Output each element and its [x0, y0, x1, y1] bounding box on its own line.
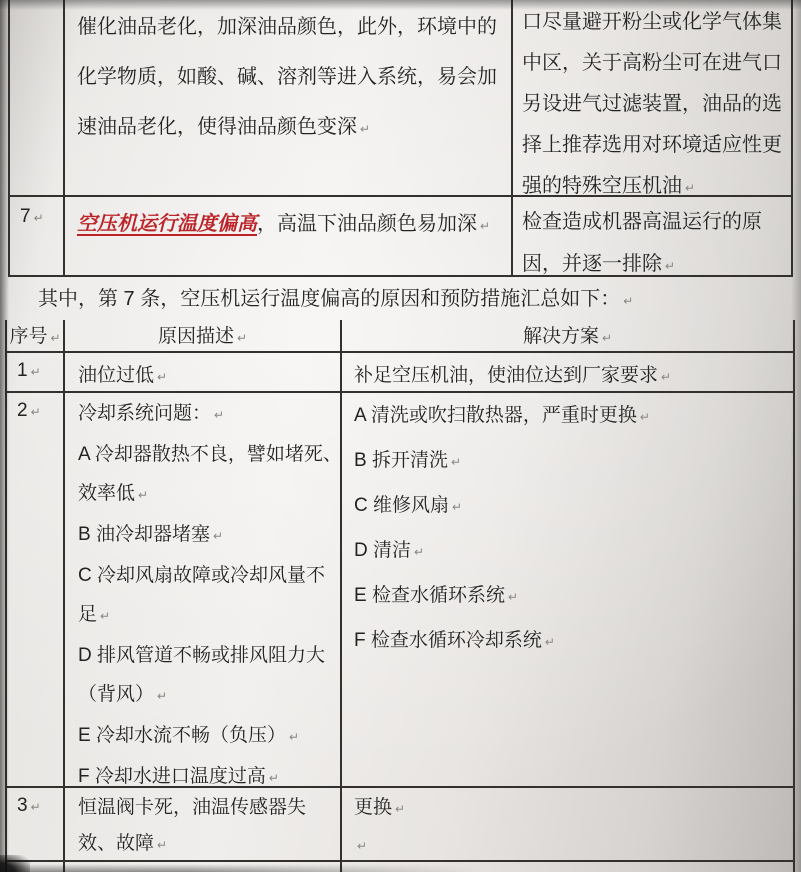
line-text: 化学物质，如酸、碱、溶剂等进入系统，易会加: [77, 66, 497, 88]
table2-row2-solution-cell: A 清洗或吹扫散热器，严重时更换↵B 拆开清洗↵C 维修风扇↵D 清洁↵E 检查…: [342, 393, 793, 788]
text-line: 其中，第 7 条，空压机运行温度偏高的原因和预防措施汇总如下：↵: [38, 278, 801, 322]
line-text: 效率低: [78, 483, 135, 504]
text-line: B 拆开清洗↵: [354, 439, 787, 484]
return-mark-icon: ↵: [31, 365, 41, 379]
line-text: 油位过低: [78, 365, 154, 386]
return-mark-icon: ↵: [665, 259, 675, 273]
table1-row7-cause-cell: 空压机运行温度偏高，高温下油品颜色易加深↵: [65, 197, 513, 277]
scanned-document-page: 催化油品老化，加深油品颜色，此外，环境中的化学物质，如酸、碱、溶剂等进入系统，易…: [0, 0, 801, 872]
return-mark-icon: ↵: [289, 730, 299, 744]
text-line: 口尽量避开粉尘或化学气体集: [522, 2, 785, 43]
text-line: 原因描述↵: [65, 321, 340, 353]
text-line: 2↵: [17, 398, 63, 425]
text-line: 更换↵: [354, 790, 787, 827]
return-mark-icon: ↵: [213, 529, 223, 543]
return-mark-icon: ↵: [623, 294, 633, 308]
return-mark-icon: ↵: [360, 122, 370, 136]
line-text: （背风）: [78, 684, 154, 705]
return-mark-icon: ↵: [31, 405, 41, 419]
text-line: 化学物质，如酸、碱、溶剂等进入系统，易会加: [77, 52, 501, 102]
return-mark-icon: ↵: [100, 609, 110, 623]
temperature-causes-table: 序号↵ 原因描述↵ 解决方案↵ 1↵ 油位过低↵ 补足空压机油，使油位达到厂家要…: [5, 320, 795, 872]
line-text: 效、故障: [78, 833, 154, 854]
table2-row1-cause-cell: 油位过低↵: [65, 353, 342, 393]
text-line: 择上推荐选用对环境适应性更: [522, 125, 785, 166]
text-line: 7↵: [20, 205, 63, 230]
return-mark-icon: ↵: [452, 500, 462, 514]
return-mark-icon: ↵: [138, 488, 148, 502]
line-text: E 检查水循环系统: [354, 585, 505, 606]
return-mark-icon: ↵: [157, 689, 167, 703]
table2-row2-number-cell: 2↵: [7, 393, 65, 788]
return-mark-icon: ↵: [269, 771, 279, 785]
line-text: D 排风管道不畅或排风阻力大: [78, 645, 325, 666]
text-line: 强的特殊空压机油↵: [522, 166, 785, 197]
text-line: 检查造成机器高温运行的原: [522, 201, 785, 243]
return-mark-icon: ↵: [395, 802, 405, 816]
text-line: （背风）↵: [78, 675, 337, 716]
line-text: 冷却系统问题：: [78, 403, 211, 424]
return-mark-icon: ↵: [602, 331, 612, 345]
line-text: F 检查水循环冷却系统: [354, 630, 542, 651]
text-line: D 排风管道不畅或排风阻力大: [78, 636, 337, 675]
header-cell-cause: 原因描述↵: [65, 320, 342, 353]
line-text: 检查造成机器高温运行的原: [522, 211, 762, 233]
line-text: 催化油品老化，加深油品颜色，此外，环境中的: [77, 16, 497, 38]
text-line: 补足空压机油，使油位达到厂家要求↵: [354, 354, 787, 393]
return-mark-icon: ↵: [545, 635, 555, 649]
line-text: 择上推荐选用对环境适应性更: [522, 134, 782, 156]
return-mark-icon: ↵: [508, 590, 518, 604]
line-text: 强的特殊空压机油: [522, 175, 682, 197]
table2-row2-cause-cell: 冷却系统问题：↵A 冷却器散热不良，譬如堵死、效率低↵B 油冷却器堵塞↵C 冷却…: [65, 393, 342, 788]
text-line: 恒温阀卡死，油温传感器失: [78, 790, 337, 826]
line-text: 口尽量避开粉尘或化学气体集: [522, 11, 782, 33]
text-line: D 清洁↵: [354, 529, 787, 574]
text-line: E 检查水循环系统↵: [354, 574, 787, 619]
line-text: B 拆开清洗: [354, 450, 448, 471]
table2-row1-solution-cell: 补足空压机油，使油位达到厂家要求↵: [342, 353, 793, 393]
text-line: F 检查水循环冷却系统↵: [354, 619, 787, 664]
line-text: 另设进气过滤装置，油品的选: [522, 93, 782, 115]
text-line: 空压机运行温度偏高，高温下油品颜色易加深↵: [77, 203, 501, 247]
line-text: 其中，第 7 条，空压机运行温度偏高的原因和预防措施汇总如下：: [38, 288, 620, 310]
text-line: 速油品老化，使得油品颜色变深↵: [77, 102, 501, 154]
line-text: F 冷却水进口温度过高: [78, 766, 266, 787]
line-text: 1: [17, 360, 28, 381]
text-line: 1↵: [17, 358, 63, 385]
return-mark-icon: ↵: [50, 331, 60, 345]
table1-row7-solution-cell: 检查造成机器高温运行的原因，并逐一排除↵: [513, 197, 791, 277]
line-text: 足: [78, 604, 97, 625]
table1-row7-number-cell: 7↵: [10, 197, 65, 277]
table2-row1-number-cell: 1↵: [7, 353, 65, 393]
return-mark-icon: ↵: [451, 455, 461, 469]
text-line: 序号↵: [7, 321, 63, 353]
return-mark-icon: ↵: [640, 410, 650, 424]
line-text: 中区，关于高粉尘可在进气口: [522, 52, 782, 74]
line-text: 因，并逐一排除: [522, 253, 662, 275]
return-mark-icon: ↵: [357, 839, 367, 853]
table2-row3-cause-cell: 恒温阀卡死，油温传感器失效、故障↵: [65, 788, 342, 862]
text-line: ↵: [354, 827, 787, 862]
intro-paragraph: 其中，第 7 条，空压机运行温度偏高的原因和预防措施汇总如下：↵: [0, 278, 801, 320]
line-text: A 冷却器散热不良，譬如堵死、: [78, 444, 342, 465]
text-line: C 维修风扇↵: [354, 484, 787, 529]
header-cell-solution: 解决方案↵: [342, 320, 793, 353]
table1-row6-cause-cell: 催化油品老化，加深油品颜色，此外，环境中的化学物质，如酸、碱、溶剂等进入系统，易…: [65, 0, 513, 197]
highlighted-cause-text: 空压机运行温度偏高: [77, 213, 257, 235]
text-line: A 冷却器散热不良，譬如堵死、: [78, 435, 337, 474]
return-mark-icon: ↵: [31, 800, 41, 814]
text-line: E 冷却水流不畅（负压）↵: [78, 716, 337, 757]
text-line: 冷却系统问题：↵: [78, 394, 337, 435]
line-text: 补足空压机油，使油位达到厂家要求: [354, 365, 658, 386]
oil-discoloration-table: 催化油品老化，加深油品颜色，此外，环境中的化学物质，如酸、碱、溶剂等进入系统，易…: [8, 0, 793, 277]
return-mark-icon: ↵: [661, 370, 671, 384]
line-text: 原因描述: [158, 326, 234, 347]
text-line: 3↵: [17, 793, 63, 820]
text-line: B 油冷却器堵塞↵: [78, 515, 337, 556]
text-line: 效、故障↵: [78, 826, 337, 862]
text-line: 效率低↵: [78, 474, 337, 515]
line-text: C 冷却风扇故障或冷却风量不: [78, 565, 325, 586]
line-text: C 维修风扇: [354, 495, 449, 516]
text-line: 因，并逐一排除↵: [522, 243, 785, 277]
table1-row6-solution-cell: 口尽量避开粉尘或化学气体集中区，关于高粉尘可在进气口另设进气过滤装置，油品的选择…: [513, 0, 791, 197]
text-line: C 冷却风扇故障或冷却风量不: [78, 556, 337, 595]
line-text: 序号: [9, 326, 47, 347]
line-text: 2: [17, 400, 28, 421]
cause-rest-text: ，高温下油品颜色易加深: [257, 213, 477, 235]
scan-corner-shadow: [0, 855, 30, 872]
line-text: D 清洁: [354, 540, 411, 561]
line-text: 7: [20, 206, 31, 227]
line-text: B 油冷却器堵塞: [78, 524, 210, 545]
line-text: 解决方案: [523, 326, 599, 347]
table1-row6-number-cell: [10, 0, 65, 197]
return-mark-icon: ↵: [157, 370, 167, 384]
scan-bottom-shadow: [0, 864, 481, 872]
return-mark-icon: ↵: [34, 211, 44, 225]
line-text: A 清洗或吹扫散热器，严重时更换: [354, 405, 637, 426]
return-mark-icon: ↵: [157, 838, 167, 852]
line-text: E 冷却水流不畅（负压）: [78, 725, 286, 746]
text-line: 足↵: [78, 595, 337, 636]
line-text: 更换: [354, 797, 392, 818]
text-line: 另设进气过滤装置，油品的选: [522, 84, 785, 125]
return-mark-icon: ↵: [414, 545, 424, 559]
text-line: F 冷却水进口温度过高↵: [78, 757, 337, 788]
return-mark-icon: ↵: [214, 408, 224, 422]
text-line: 中区，关于高粉尘可在进气口: [522, 43, 785, 84]
text-line: 油位过低↵: [78, 354, 337, 393]
text-line: 催化油品老化，加深油品颜色，此外，环境中的: [77, 2, 501, 52]
line-text: 恒温阀卡死，油温传感器失: [78, 797, 306, 818]
text-line: 解决方案↵: [342, 321, 793, 353]
return-mark-icon: ↵: [480, 219, 490, 233]
line-text: 速油品老化，使得油品颜色变深: [77, 116, 357, 138]
return-mark-icon: ↵: [685, 181, 695, 195]
scan-right-shadow: [791, 0, 801, 872]
header-cell-number: 序号↵: [7, 320, 65, 353]
text-line: A 清洗或吹扫散热器，严重时更换↵: [354, 394, 787, 439]
return-mark-icon: ↵: [237, 331, 247, 345]
table2-row3-number-cell: 3↵: [7, 788, 65, 862]
line-text: 3: [17, 795, 28, 816]
table2-row3-solution-cell: 更换↵↵: [342, 788, 793, 862]
